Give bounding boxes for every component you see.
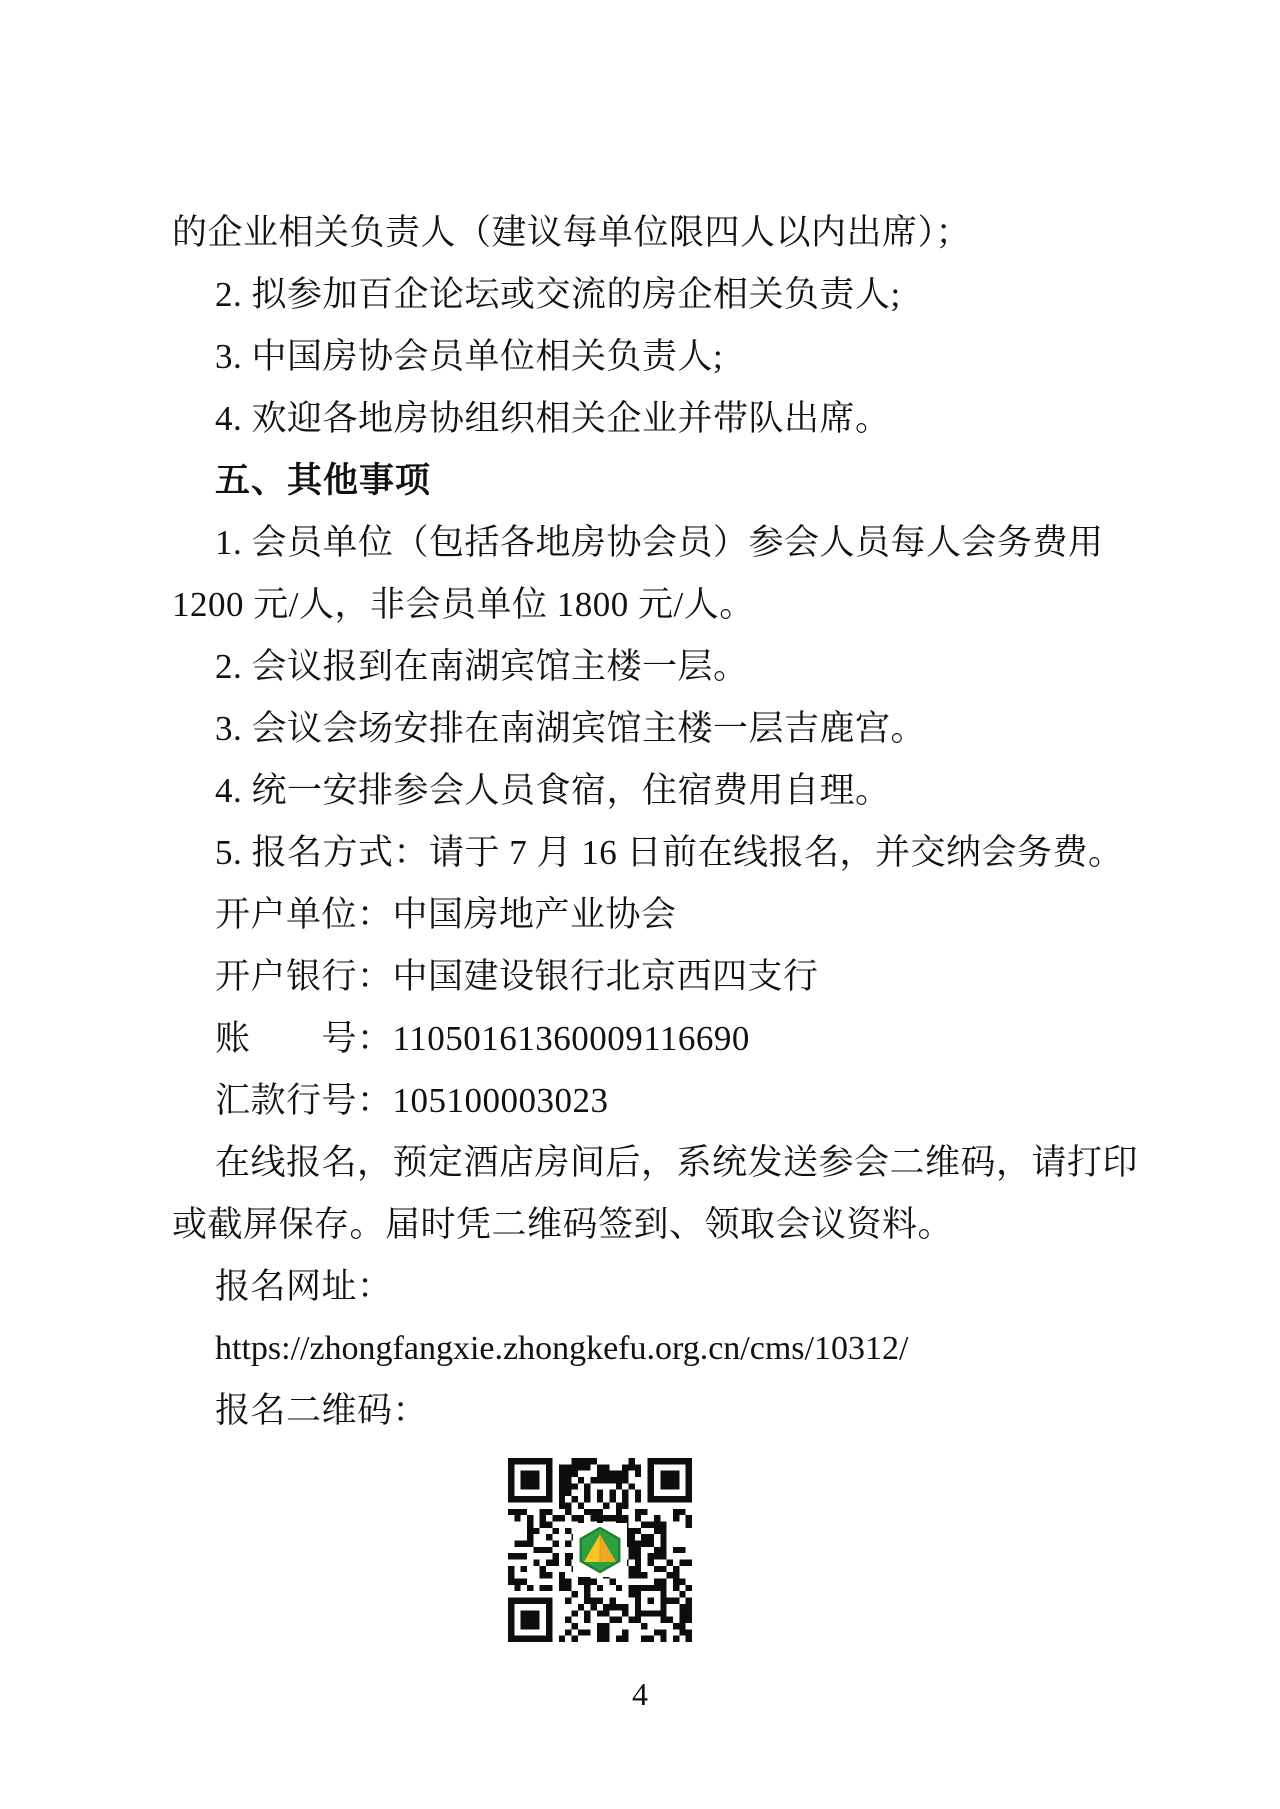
other-item-3: 3. 会议会场安排在南湖宾馆主楼一层吉鹿宫。 [172,698,1132,760]
attendee-item-2: 2. 拟参加百企论坛或交流的房企相关负责人; [172,264,1132,326]
registration-url-label: 报名网址： [172,1256,1132,1318]
other-item-1-line-2: 1200 元/人，非会员单位 1800 元/人。 [172,574,1132,636]
other-item-2: 2. 会议报到在南湖宾馆主楼一层。 [172,636,1132,698]
attendee-item-4: 4. 欢迎各地房协组织相关企业并带队出席。 [172,388,1132,450]
qr-center-logo [573,1523,627,1577]
other-item-1-line-1: 1. 会员单位（包括各地房协会员）参会人员每人会务费用 [172,512,1132,574]
registration-url: https://zhongfangxie.zhongkefu.org.cn/cm… [172,1318,1132,1380]
bank-routing-number: 汇款行号：105100003023 [172,1070,1132,1132]
registration-qr-code [508,1458,692,1642]
qr-instruction-line-1: 在线报名，预定酒店房间后，系统发送参会二维码，请打印 [172,1132,1132,1194]
page-number: 4 [0,1674,1280,1714]
hexagon-pyramid-logo-icon [577,1527,623,1573]
attendee-item-3: 3. 中国房协会员单位相关负责人; [172,326,1132,388]
account-holder: 开户单位：中国房地产业协会 [172,884,1132,946]
attendee-scope-continuation: 的企业相关负责人（建议每单位限四人以内出席）； [172,202,1132,264]
bank-name: 开户银行：中国建设银行北京西四支行 [172,946,1132,1008]
section-heading-other-items: 五、其他事项 [172,450,1132,512]
account-number: 账 号：11050161360009116690 [172,1008,1132,1070]
qr-instruction-line-2: 或截屏保存。届时凭二维码签到、领取会议资料。 [172,1194,1132,1256]
other-item-4: 4. 统一安排参会人员食宿，住宿费用自理。 [172,760,1132,822]
document-page: 的企业相关负责人（建议每单位限四人以内出席）；2. 拟参加百企论坛或交流的房企相… [0,0,1280,1809]
other-item-5: 5. 报名方式：请于 7 月 16 日前在线报名，并交纳会务费。 [172,822,1132,884]
registration-qr-label: 报名二维码： [172,1380,1132,1442]
document-body: 的企业相关负责人（建议每单位限四人以内出席）；2. 拟参加百企论坛或交流的房企相… [172,202,1132,1442]
